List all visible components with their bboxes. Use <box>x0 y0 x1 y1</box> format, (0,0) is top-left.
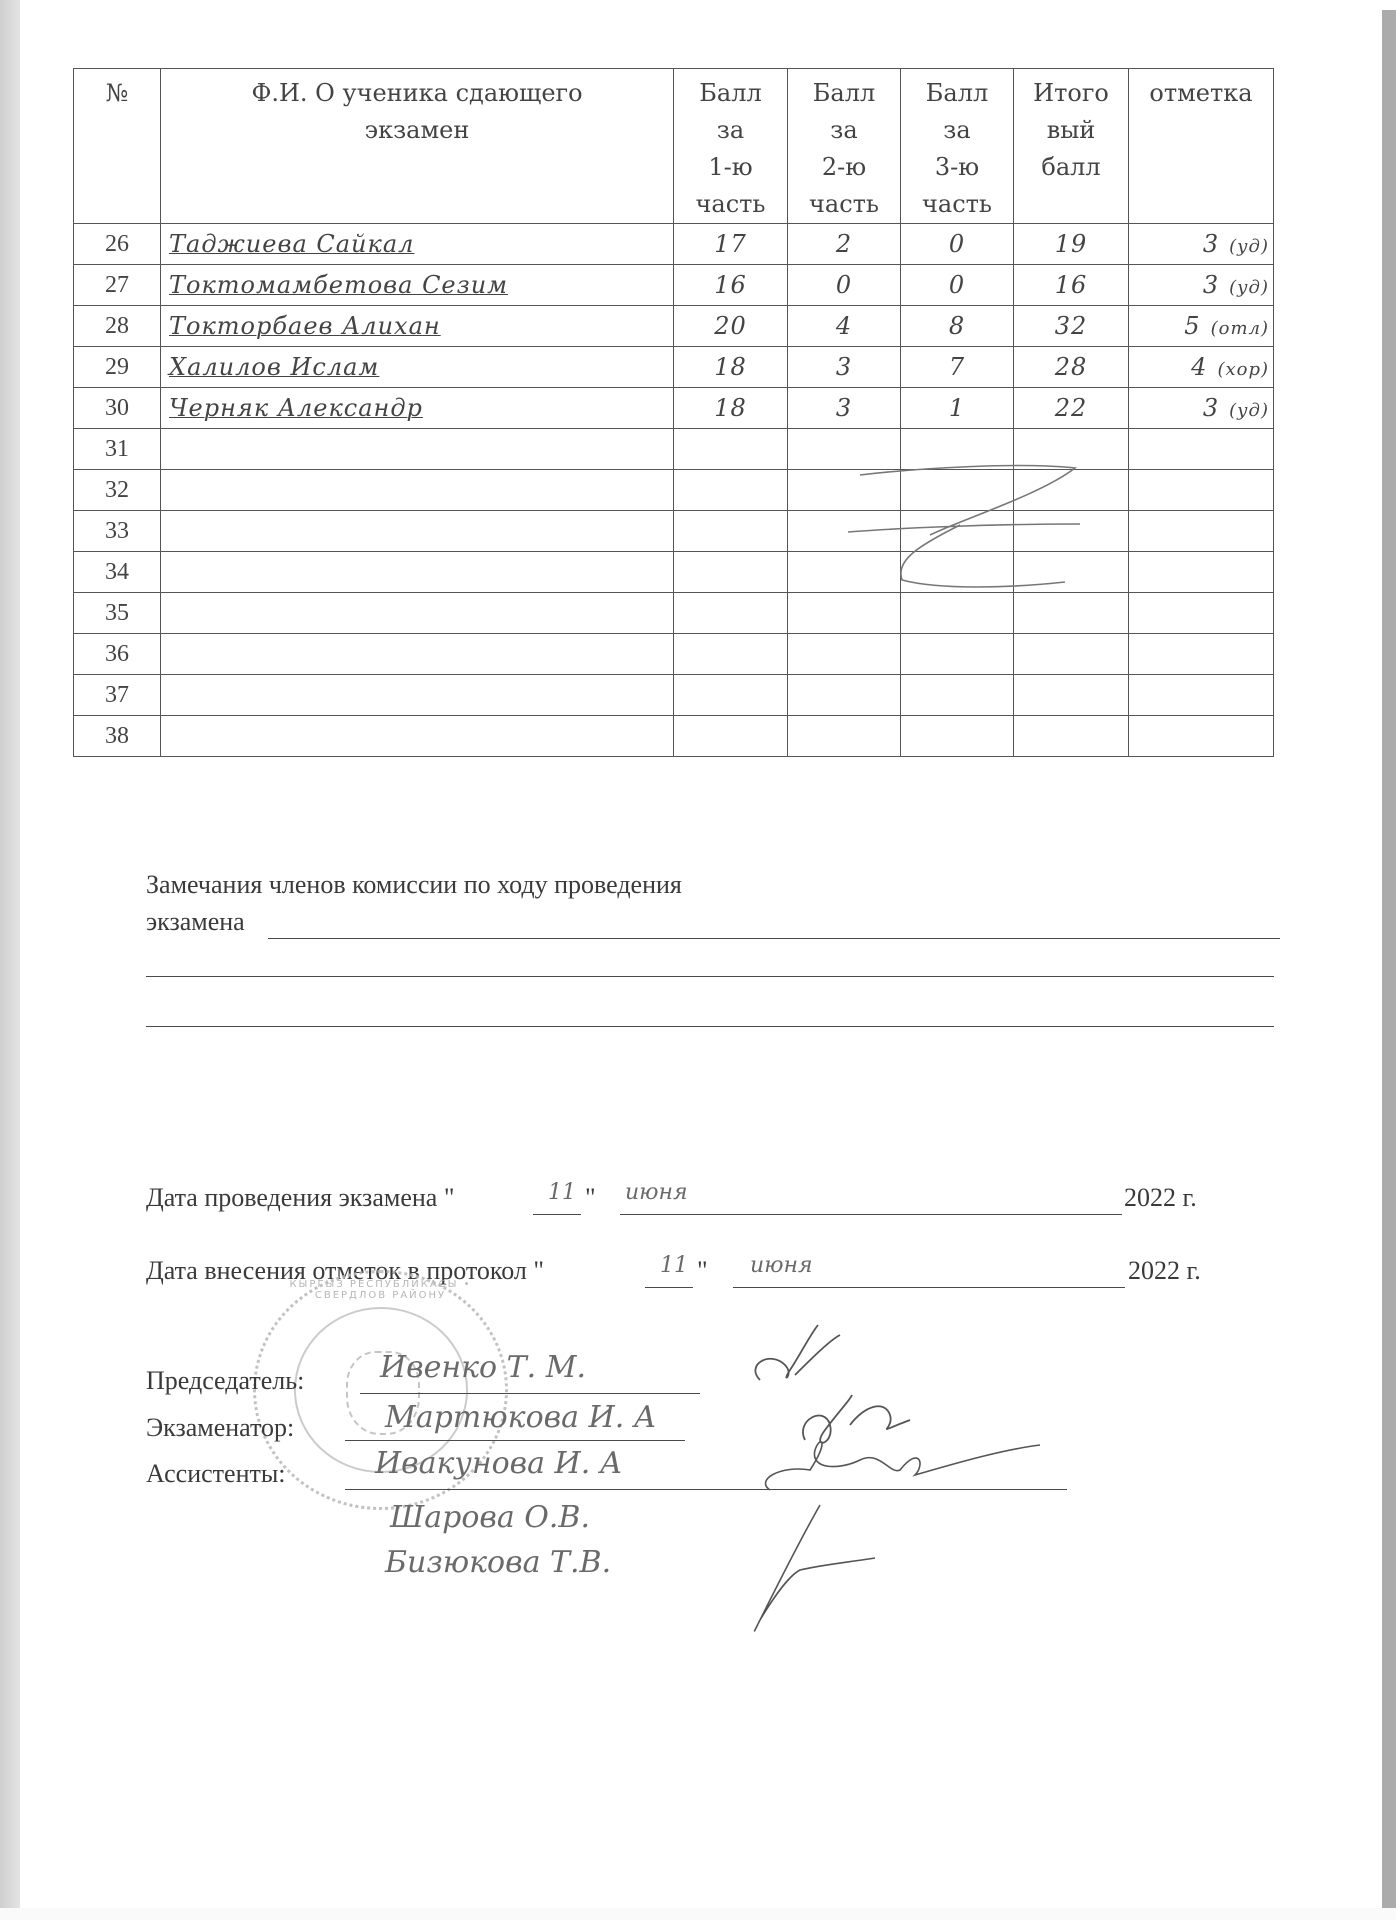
score-part2 <box>788 511 901 552</box>
table-row: 29Халилов Ислам1837284(хор) <box>74 347 1274 388</box>
remarks-line-1 <box>268 938 1280 939</box>
row-number: 37 <box>74 675 161 716</box>
total-score: 32 <box>1014 306 1129 347</box>
table-row: 38 <box>74 716 1274 757</box>
student-name <box>161 511 674 552</box>
table-row: 30Черняк Александр1831223(уд) <box>74 388 1274 429</box>
assistant-signature-3 <box>700 1500 880 1650</box>
total-score <box>1014 429 1129 470</box>
grade-mark <box>1129 511 1274 552</box>
entry-day-line <box>645 1287 693 1288</box>
score-part1 <box>674 552 788 593</box>
chair-name: Ивенко Т. М. <box>380 1350 586 1385</box>
grades-table: № Ф.И. О ученика сдающего экзамен Баллза… <box>73 68 1274 757</box>
total-score <box>1014 716 1129 757</box>
header-part3: Баллза3-ючасть <box>901 69 1014 224</box>
student-name: Таджиева Сайкал <box>161 224 674 265</box>
exam-date-day: 11 <box>548 1180 576 1205</box>
chair-line <box>360 1393 700 1394</box>
row-number: 38 <box>74 716 161 757</box>
student-name <box>161 429 674 470</box>
score-part1 <box>674 593 788 634</box>
score-part2: 0 <box>788 265 901 306</box>
grade-note: (уд) <box>1229 236 1269 257</box>
score-part3: 7 <box>901 347 1014 388</box>
score-part2 <box>788 634 901 675</box>
grade-mark <box>1129 429 1274 470</box>
student-name <box>161 634 674 675</box>
score-part3: 8 <box>901 306 1014 347</box>
score-part1: 18 <box>674 347 788 388</box>
examiner-signature <box>790 1385 930 1465</box>
score-part1: 17 <box>674 224 788 265</box>
score-part2 <box>788 716 901 757</box>
student-name <box>161 675 674 716</box>
student-name <box>161 716 674 757</box>
score-part1 <box>674 429 788 470</box>
grade-mark: 3(уд) <box>1129 265 1274 306</box>
student-name: Токторбаев Алихан <box>161 306 674 347</box>
assistant-name-1: Ивакунова И. А <box>375 1446 623 1481</box>
table-row: 36 <box>74 634 1274 675</box>
exam-date-year: 2022 г. <box>1124 1183 1197 1213</box>
grade-note: (хор) <box>1217 359 1269 380</box>
score-part2 <box>788 429 901 470</box>
row-number: 26 <box>74 224 161 265</box>
grade-mark: 3(уд) <box>1129 224 1274 265</box>
exam-month-line <box>620 1214 1122 1215</box>
header-row: № Ф.И. О ученика сдающего экзамен Баллза… <box>74 69 1274 224</box>
exam-date-label: Дата проведения экзамена " <box>146 1183 454 1213</box>
table-row: 28Токторбаев Алихан2048325(отл) <box>74 306 1274 347</box>
assistant-signature-1 <box>750 1430 1050 1510</box>
table-row: 31 <box>74 429 1274 470</box>
score-part3 <box>901 511 1014 552</box>
grade-value: 3 <box>1203 230 1219 258</box>
grade-note: (уд) <box>1229 400 1269 421</box>
total-score <box>1014 593 1129 634</box>
row-number: 36 <box>74 634 161 675</box>
student-name: Халилов Ислам <box>161 347 674 388</box>
chair-signature <box>740 1320 860 1400</box>
entry-date-day: 11 <box>660 1253 688 1278</box>
score-part3 <box>901 593 1014 634</box>
grade-mark <box>1129 470 1274 511</box>
header-mark: отметка <box>1129 69 1274 224</box>
score-part1: 20 <box>674 306 788 347</box>
score-part1: 18 <box>674 388 788 429</box>
student-name <box>161 552 674 593</box>
score-part1 <box>674 470 788 511</box>
grade-value: 3 <box>1203 271 1219 299</box>
entry-month-line <box>733 1287 1125 1288</box>
total-score: 19 <box>1014 224 1129 265</box>
score-part2: 3 <box>788 388 901 429</box>
row-number: 27 <box>74 265 161 306</box>
score-part3 <box>901 429 1014 470</box>
total-score: 28 <box>1014 347 1129 388</box>
header-part1: Баллза1-ючасть <box>674 69 788 224</box>
score-part1 <box>674 675 788 716</box>
grade-value: 3 <box>1203 394 1219 422</box>
score-part1 <box>674 716 788 757</box>
score-part3 <box>901 634 1014 675</box>
score-part3 <box>901 470 1014 511</box>
student-name: Токтомамбетова Сезим <box>161 265 674 306</box>
total-score <box>1014 552 1129 593</box>
table-row: 26Таджиева Сайкал1720193(уд) <box>74 224 1274 265</box>
score-part2 <box>788 470 901 511</box>
table-row: 33 <box>74 511 1274 552</box>
scan-edge-right <box>1382 10 1396 1910</box>
score-part3: 1 <box>901 388 1014 429</box>
score-part2 <box>788 552 901 593</box>
remarks-label: Замечания членов комиссии по ходу провед… <box>146 870 682 900</box>
score-part2: 4 <box>788 306 901 347</box>
total-score <box>1014 634 1129 675</box>
grade-mark: 4(хор) <box>1129 347 1274 388</box>
total-score: 22 <box>1014 388 1129 429</box>
row-number: 30 <box>74 388 161 429</box>
table-row: 35 <box>74 593 1274 634</box>
score-part1: 16 <box>674 265 788 306</box>
score-part3: 0 <box>901 224 1014 265</box>
score-part3 <box>901 552 1014 593</box>
table-row: 27Токтомамбетова Сезим1600163(уд) <box>74 265 1274 306</box>
entry-date-quote: " <box>697 1256 708 1286</box>
header-name: Ф.И. О ученика сдающего экзамен <box>161 69 674 224</box>
score-part1 <box>674 511 788 552</box>
score-part2 <box>788 593 901 634</box>
grade-mark <box>1129 593 1274 634</box>
grade-mark <box>1129 634 1274 675</box>
score-part2: 2 <box>788 224 901 265</box>
grade-value: 4 <box>1191 353 1207 381</box>
score-part3 <box>901 716 1014 757</box>
row-number: 33 <box>74 511 161 552</box>
table-row: 32 <box>74 470 1274 511</box>
grade-mark <box>1129 716 1274 757</box>
remarks-line-3 <box>146 1026 1274 1027</box>
exam-day-line <box>533 1214 581 1215</box>
total-score <box>1014 470 1129 511</box>
assistant-name-3: Бизюкова Т.В. <box>385 1545 611 1580</box>
table-row: 37 <box>74 675 1274 716</box>
examiner-label: Экзаменатор: <box>146 1413 294 1443</box>
grade-note: (отл) <box>1211 318 1269 339</box>
total-score: 16 <box>1014 265 1129 306</box>
examiner-line <box>345 1440 685 1441</box>
scan-edge-left <box>0 0 20 1908</box>
student-name <box>161 470 674 511</box>
grade-value: 5 <box>1184 312 1200 340</box>
score-part3: 0 <box>901 265 1014 306</box>
header-num: № <box>74 69 161 224</box>
row-number: 28 <box>74 306 161 347</box>
score-part2 <box>788 675 901 716</box>
grade-mark <box>1129 675 1274 716</box>
exam-date-month: июня <box>625 1180 688 1205</box>
header-total: Итоговыйбалл <box>1014 69 1129 224</box>
chair-label: Председатель: <box>146 1366 304 1396</box>
grade-mark: 5(отл) <box>1129 306 1274 347</box>
remarks-label-cont: экзамена <box>146 907 245 937</box>
remarks-line-2 <box>146 976 1274 977</box>
assistants-label: Ассистенты: <box>146 1459 286 1489</box>
score-part2: 3 <box>788 347 901 388</box>
assistants-line <box>345 1489 1067 1490</box>
row-number: 29 <box>74 347 161 388</box>
grade-note: (уд) <box>1229 277 1269 298</box>
total-score <box>1014 511 1129 552</box>
row-number: 34 <box>74 552 161 593</box>
score-part1 <box>674 634 788 675</box>
scan-edge-bottom <box>0 1908 1396 1920</box>
student-name: Черняк Александр <box>161 388 674 429</box>
entry-date-month: июня <box>750 1253 813 1278</box>
row-number: 35 <box>74 593 161 634</box>
grade-mark <box>1129 552 1274 593</box>
table-row: 34 <box>74 552 1274 593</box>
assistant-name-2: Шарова О.В. <box>390 1500 590 1535</box>
exam-date-quote: " <box>585 1183 596 1213</box>
score-part3 <box>901 675 1014 716</box>
entry-date-year: 2022 г. <box>1128 1256 1201 1286</box>
grade-mark: 3(уд) <box>1129 388 1274 429</box>
examiner-name: Мартюкова И. А <box>385 1400 656 1435</box>
header-part2: Баллза2-ючасть <box>788 69 901 224</box>
row-number: 32 <box>74 470 161 511</box>
total-score <box>1014 675 1129 716</box>
row-number: 31 <box>74 429 161 470</box>
student-name <box>161 593 674 634</box>
